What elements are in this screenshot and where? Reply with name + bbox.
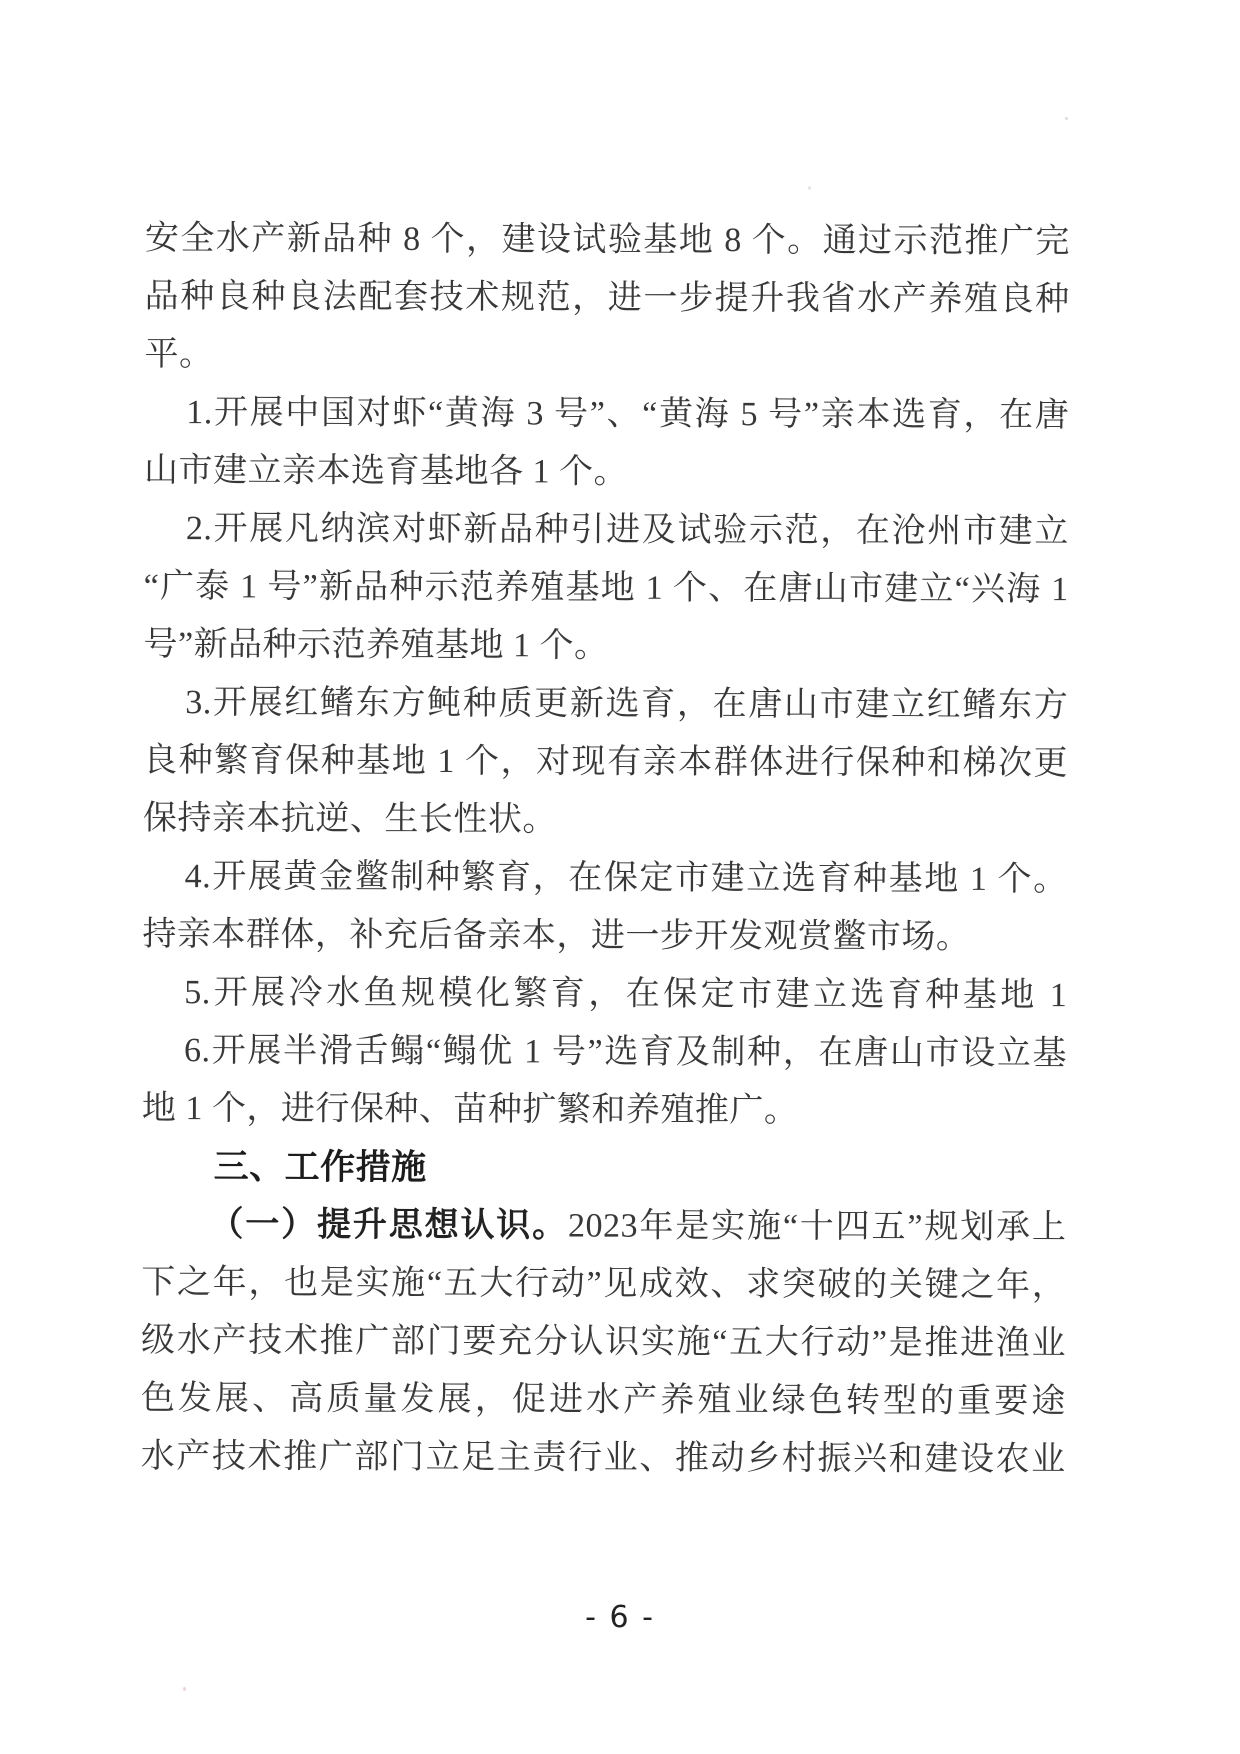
text-line: 山市建立亲本选育基地各 1 个。 bbox=[144, 442, 1069, 503]
text-line: 保持亲本抗逆、生长性状。 bbox=[143, 790, 1068, 851]
text-line: 品种良种良法配套技术规范，进一步提升我省水产养殖良种化水 bbox=[145, 268, 1070, 329]
text-line: 4.开展黄金鳖制种繁育，在保定市建立选育种基地 1 个。保 bbox=[143, 848, 1068, 909]
text-line: 良种繁育保种基地 1 个，对现有亲本群体进行保种和梯次更新， bbox=[143, 732, 1068, 793]
page-number: - 6 - bbox=[585, 1600, 655, 1635]
text-line: 1.开展中国对虾“黄海 3 号”、“黄海 5 号”亲本选育，在唐 bbox=[144, 384, 1069, 445]
text-line: 安全水产新品种 8 个，建设试验基地 8 个。通过示范推广完善新 bbox=[145, 210, 1070, 271]
text-line: （一）提升思想认识。2023年是实施“十四五”规划承上启 bbox=[141, 1196, 1066, 1257]
text-line: 3.开展红鳍东方鲀种质更新选育，在唐山市建立红鳍东方鲀 bbox=[143, 674, 1068, 735]
text-line: 持亲本群体，补充后备亲本，进一步开发观赏鳖市场。 bbox=[142, 906, 1067, 967]
text-line: 5.开展冷水鱼规模化繁育，在保定市建立选育种基地 1 个。 bbox=[142, 964, 1067, 1025]
text-line: 色发展、高质量发展，促进水产养殖业绿色转型的重要途径，是 bbox=[141, 1370, 1066, 1431]
text-line: 6.开展半滑舌鳎“鳎优 1 号”选育及制种，在唐山市设立基 bbox=[142, 1022, 1067, 1083]
paragraph-lead-label: （一）提升思想认识。 bbox=[209, 1206, 568, 1244]
scan-speck bbox=[1065, 117, 1068, 120]
text-line: 水产技术推广部门立足主责行业、推动乡村振兴和建设农业强国 bbox=[141, 1428, 1066, 1489]
scan-speck bbox=[808, 186, 811, 190]
text-line: 地 1 个，进行保种、苗种扩繁和养殖推广。 bbox=[142, 1080, 1067, 1141]
text-line: 号”新品种示范养殖基地 1 个。 bbox=[143, 616, 1068, 677]
document-body: 安全水产新品种 8 个，建设试验基地 8 个。通过示范推广完善新品种良种良法配套… bbox=[141, 210, 1070, 1489]
document-page: 安全水产新品种 8 个，建设试验基地 8 个。通过示范推广完善新品种良种良法配套… bbox=[0, 0, 1240, 1754]
text-line: 级水产技术推广部门要充分认识实施“五大行动”是推进渔业绿 bbox=[141, 1312, 1066, 1373]
page-footer: - 6 - bbox=[0, 1600, 1240, 1635]
text-line: 平。 bbox=[144, 326, 1069, 387]
text-line: 下之年，也是实施“五大行动”见成效、求突破的关键之年，各 bbox=[141, 1254, 1066, 1315]
scan-speck bbox=[183, 1687, 186, 1691]
section-heading: 三、工作措施 bbox=[142, 1138, 1067, 1199]
text-line: “广泰 1 号”新品种示范养殖基地 1 个、在唐山市建立“兴海 1 bbox=[144, 558, 1069, 619]
text-line: 2.开展凡纳滨对虾新品种引进及试验示范，在沧州市建立 bbox=[144, 500, 1069, 561]
